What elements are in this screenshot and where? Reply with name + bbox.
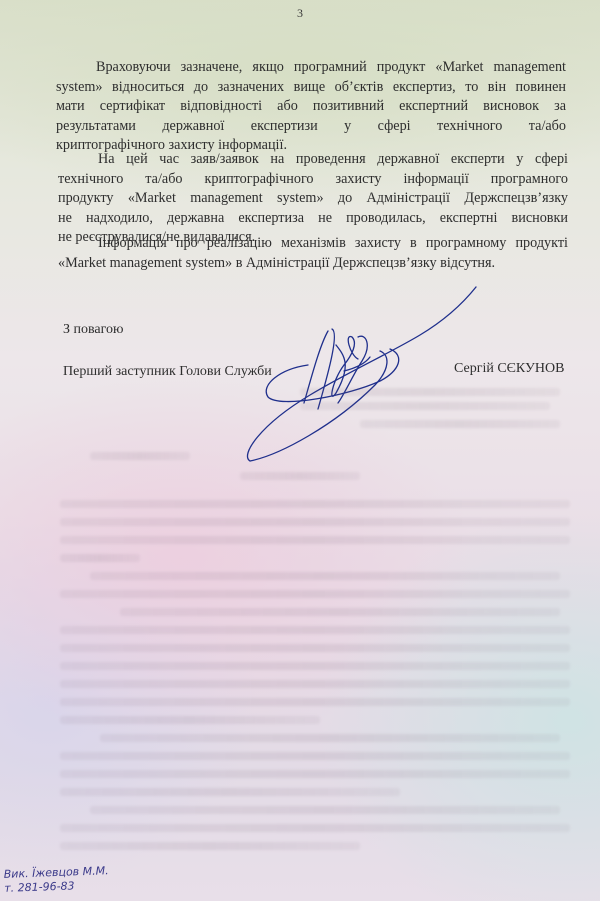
bleed-through-line: [60, 752, 570, 760]
paragraph-no-applications: На цей час заяв/заявок на проведення дер…: [58, 150, 568, 248]
bleed-through-line: [90, 572, 560, 580]
bleed-through-line: [60, 770, 570, 778]
paragraph-certificate-requirement: Враховуючи зазначене, якщо програмний пр…: [56, 58, 566, 156]
text-line: system» відноситься до зазначених вище о…: [56, 78, 566, 98]
text-line: результатами державної експертизи у сфер…: [56, 117, 566, 137]
executor-phone: т. 281-96-83: [4, 878, 109, 896]
bleed-through-line: [100, 734, 560, 742]
bleed-through-line: [60, 518, 570, 526]
text-line: мати сертифікат відповідності або позити…: [56, 97, 566, 117]
paragraph-no-information: Інформація про реалізацію механізмів зах…: [58, 234, 568, 273]
text-line: Інформація про реалізацію механізмів зах…: [58, 234, 568, 254]
bleed-through-line: [360, 420, 560, 428]
bleed-through-line: [60, 680, 570, 688]
bleed-through-line: [300, 388, 560, 396]
page-number: 3: [0, 6, 600, 21]
bleed-through-line: [60, 716, 320, 724]
bleed-through-line: [90, 806, 560, 814]
handwritten-signature-icon: [240, 285, 480, 465]
text-line: «Market management system» в Адміністрац…: [58, 254, 568, 274]
bleed-through-line: [60, 626, 570, 634]
bleed-through-line: [60, 590, 570, 598]
bleed-through-line: [60, 662, 570, 670]
text-line: На цей час заяв/заявок на проведення дер…: [58, 150, 568, 170]
text-line: не надходило, державна експертиза не про…: [58, 209, 568, 229]
document-page: 3 Враховуючи зазначене, якщо програмний …: [0, 0, 600, 901]
text-line: технічного та/або криптографічного захис…: [58, 170, 568, 190]
bleed-through-line: [60, 824, 570, 832]
handwritten-contact-note: Вик. Їжевцов М.М. т. 281-96-83: [4, 864, 110, 896]
bleed-through-line: [60, 536, 570, 544]
bleed-through-line: [300, 402, 550, 410]
bleed-through-line: [90, 452, 190, 460]
bleed-through-line: [60, 698, 570, 706]
text-line: Враховуючи зазначене, якщо програмний пр…: [56, 58, 566, 78]
closing-regards: З повагою: [63, 322, 124, 338]
bleed-through-line: [60, 644, 570, 652]
text-line: продукту «Market management system» до А…: [58, 189, 568, 209]
bleed-through-line: [60, 788, 400, 796]
bleed-through-line: [60, 500, 570, 508]
bleed-through-line: [120, 608, 560, 616]
bleed-through-line: [240, 472, 360, 480]
bleed-through-line: [60, 554, 140, 562]
bleed-through-line: [60, 842, 360, 850]
